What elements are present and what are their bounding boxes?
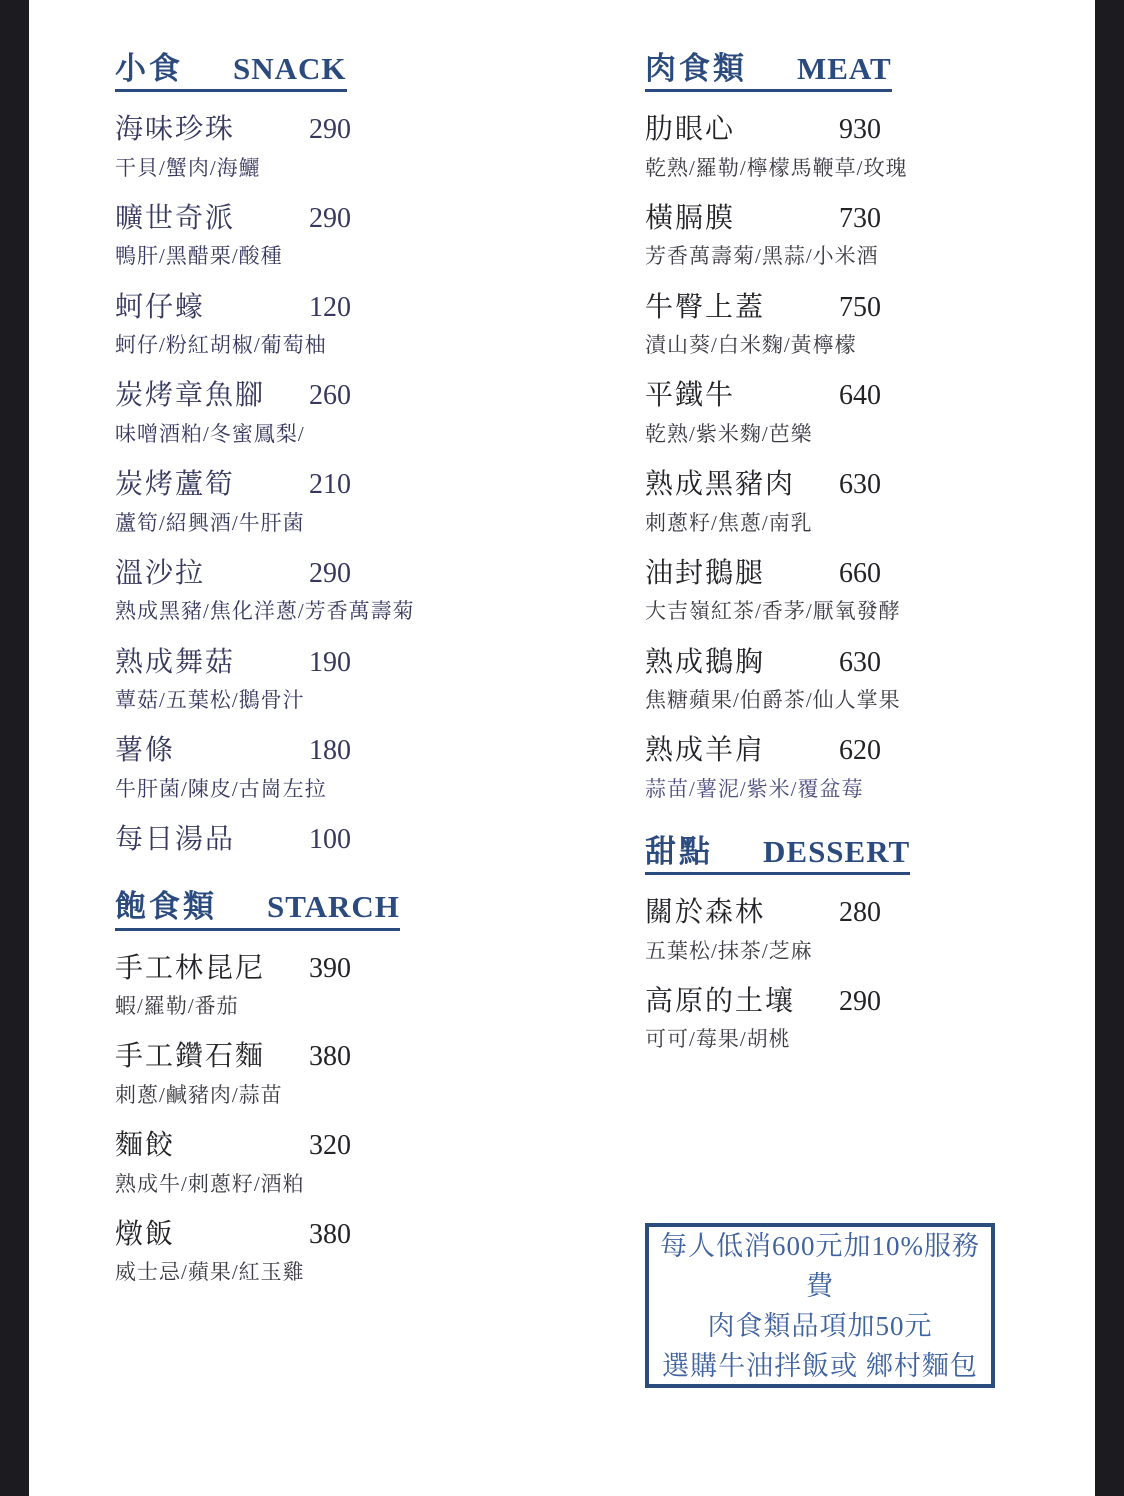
item-row: 熟成羊肩620 bbox=[645, 733, 1065, 769]
item-name: 燉飯 bbox=[115, 1217, 305, 1253]
item-price: 630 bbox=[835, 645, 881, 681]
item-name: 蚵仔蠔 bbox=[115, 290, 305, 326]
section-title-en: MEAT bbox=[797, 50, 892, 87]
menu-item: 平鐵牛640乾熟/紫米麴/芭樂 bbox=[645, 378, 1065, 448]
section-header: 飽食類STARCH bbox=[115, 888, 400, 930]
menu-item: 薯條180牛肝菌/陳皮/古崗左拉 bbox=[115, 733, 535, 803]
item-price: 290 bbox=[305, 112, 351, 148]
item-price: 120 bbox=[305, 290, 351, 326]
menu-item: 麵餃320熟成牛/刺蔥籽/酒粕 bbox=[115, 1128, 535, 1198]
item-row: 曠世奇派290 bbox=[115, 201, 535, 237]
section-title-zh: 肉食類 bbox=[645, 50, 747, 87]
menu-column-left: 小食SNACK海味珍珠290干貝/蟹肉/海鱺曠世奇派290鴨肝/黑醋栗/酸種蚵仔… bbox=[115, 50, 535, 1306]
item-row: 熟成鵝胸630 bbox=[645, 645, 1065, 681]
item-price: 660 bbox=[835, 556, 881, 592]
item-row: 海味珍珠290 bbox=[115, 112, 535, 148]
item-price: 390 bbox=[305, 951, 351, 987]
item-row: 關於森林280 bbox=[645, 895, 1065, 931]
item-name: 炭烤章魚腳 bbox=[115, 378, 305, 414]
item-description: 漬山葵/白米麴/黃檸檬 bbox=[645, 331, 1065, 359]
menu-item: 高原的土壤290可可/莓果/胡桃 bbox=[645, 984, 1065, 1054]
item-description: 乾熟/紫米麴/芭樂 bbox=[645, 420, 1065, 448]
item-row: 炭烤章魚腳260 bbox=[115, 378, 535, 414]
item-price: 320 bbox=[305, 1128, 351, 1164]
item-description: 干貝/蟹肉/海鱺 bbox=[115, 154, 535, 182]
item-row: 平鐵牛640 bbox=[645, 378, 1065, 414]
left-border-bar bbox=[0, 0, 29, 1496]
item-row: 手工鑽石麵380 bbox=[115, 1039, 535, 1075]
item-row: 熟成舞菇190 bbox=[115, 645, 535, 681]
menu-item: 牛臀上蓋750漬山葵/白米麴/黃檸檬 bbox=[645, 290, 1065, 360]
item-row: 燉飯380 bbox=[115, 1217, 535, 1253]
section-title-en: DESSERT bbox=[763, 833, 910, 870]
item-row: 高原的土壤290 bbox=[645, 984, 1065, 1020]
note-line-meat-surcharge: 肉食類品項加50元 bbox=[649, 1306, 991, 1346]
item-name: 肋眼心 bbox=[645, 112, 835, 148]
item-row: 薯條180 bbox=[115, 733, 535, 769]
item-description: 芳香萬壽菊/黑蒜/小米酒 bbox=[645, 242, 1065, 270]
menu-item: 蚵仔蠔120蚵仔/粉紅胡椒/葡萄柚 bbox=[115, 290, 535, 360]
item-price: 640 bbox=[835, 378, 881, 414]
menu-item: 燉飯380威士忌/蘋果/紅玉雞 bbox=[115, 1217, 535, 1287]
item-name: 油封鵝腿 bbox=[645, 556, 835, 592]
item-description: 蕈菇/五葉松/鵝骨汁 bbox=[115, 686, 535, 714]
menu-item: 曠世奇派290鴨肝/黑醋栗/酸種 bbox=[115, 201, 535, 271]
menu-item: 油封鵝腿660大吉嶺紅茶/香茅/厭氧發酵 bbox=[645, 556, 1065, 626]
section-title-zh: 甜點 bbox=[645, 833, 713, 870]
menu-item: 熟成羊肩620蒜苗/薯泥/紫米/覆盆莓 bbox=[645, 733, 1065, 803]
item-price: 380 bbox=[305, 1217, 351, 1253]
menu-item: 炭烤章魚腳260味噌酒粕/冬蜜鳳梨/ bbox=[115, 378, 535, 448]
item-description: 蚵仔/粉紅胡椒/葡萄柚 bbox=[115, 331, 535, 359]
item-row: 蚵仔蠔120 bbox=[115, 290, 535, 326]
item-name: 海味珍珠 bbox=[115, 112, 305, 148]
item-description: 熟成黑豬/焦化洋蔥/芳香萬壽菊 bbox=[115, 597, 535, 625]
item-price: 630 bbox=[835, 467, 881, 503]
item-price: 930 bbox=[835, 112, 881, 148]
item-price: 180 bbox=[305, 733, 351, 769]
item-name: 平鐵牛 bbox=[645, 378, 835, 414]
item-description: 蒜苗/薯泥/紫米/覆盆莓 bbox=[645, 775, 1065, 803]
item-description: 焦糖蘋果/伯爵茶/仙人掌果 bbox=[645, 686, 1065, 714]
item-name: 熟成鵝胸 bbox=[645, 645, 835, 681]
menu-item: 每日湯品100 bbox=[115, 822, 535, 858]
item-name: 橫膈膜 bbox=[645, 201, 835, 237]
item-description: 蘆筍/紹興酒/牛肝菌 bbox=[115, 509, 535, 537]
item-description: 可可/莓果/胡桃 bbox=[645, 1025, 1065, 1053]
item-price: 380 bbox=[305, 1039, 351, 1075]
item-name: 關於森林 bbox=[645, 895, 835, 931]
section-title-en: STARCH bbox=[267, 888, 400, 925]
item-row: 肋眼心930 bbox=[645, 112, 1065, 148]
item-name: 每日湯品 bbox=[115, 822, 305, 858]
item-name: 高原的土壤 bbox=[645, 984, 835, 1020]
menu-item: 熟成舞菇190蕈菇/五葉松/鵝骨汁 bbox=[115, 645, 535, 715]
item-row: 熟成黑豬肉630 bbox=[645, 467, 1065, 503]
menu-item: 熟成鵝胸630焦糖蘋果/伯爵茶/仙人掌果 bbox=[645, 645, 1065, 715]
menu-item: 溫沙拉290熟成黑豬/焦化洋蔥/芳香萬壽菊 bbox=[115, 556, 535, 626]
section-header: 甜點DESSERT bbox=[645, 833, 910, 875]
item-price: 280 bbox=[835, 895, 881, 931]
item-name: 熟成羊肩 bbox=[645, 733, 835, 769]
item-row: 每日湯品100 bbox=[115, 822, 535, 858]
menu-item: 炭烤蘆筍210蘆筍/紹興酒/牛肝菌 bbox=[115, 467, 535, 537]
item-name: 熟成舞菇 bbox=[115, 645, 305, 681]
menu-section: 肉食類MEAT肋眼心930乾熟/羅勒/檸檬馬鞭草/玫瑰橫膈膜730芳香萬壽菊/黑… bbox=[645, 50, 1065, 803]
menu-section: 小食SNACK海味珍珠290干貝/蟹肉/海鱺曠世奇派290鴨肝/黑醋栗/酸種蚵仔… bbox=[115, 50, 535, 858]
item-price: 260 bbox=[305, 378, 351, 414]
section-title-en: SNACK bbox=[233, 50, 347, 87]
item-price: 290 bbox=[835, 984, 881, 1020]
section-header: 肉食類MEAT bbox=[645, 50, 892, 92]
menu-item: 熟成黑豬肉630刺蔥籽/焦蔥/南乳 bbox=[645, 467, 1065, 537]
item-description: 刺蔥/鹹豬肉/蒜苗 bbox=[115, 1081, 535, 1109]
item-description: 味噌酒粕/冬蜜鳳梨/ bbox=[115, 420, 535, 448]
item-price: 750 bbox=[835, 290, 881, 326]
item-name: 薯條 bbox=[115, 733, 305, 769]
item-description: 乾熟/羅勒/檸檬馬鞭草/玫瑰 bbox=[645, 154, 1065, 182]
service-note-box: 每人低消600元加10%服務費 肉食類品項加50元 選購牛油拌飯或 鄉村麵包 bbox=[645, 1223, 995, 1388]
item-description: 蝦/羅勒/番茄 bbox=[115, 992, 535, 1020]
menu-item: 手工林昆尼390蝦/羅勒/番茄 bbox=[115, 951, 535, 1021]
note-line-minimum-charge: 每人低消600元加10%服務費 bbox=[649, 1226, 991, 1306]
section-title-zh: 飽食類 bbox=[115, 888, 217, 925]
note-line-side-option: 選購牛油拌飯或 鄉村麵包 bbox=[649, 1346, 991, 1386]
item-price: 100 bbox=[305, 822, 351, 858]
item-row: 油封鵝腿660 bbox=[645, 556, 1065, 592]
item-description: 大吉嶺紅茶/香茅/厭氧發酵 bbox=[645, 597, 1065, 625]
item-row: 手工林昆尼390 bbox=[115, 951, 535, 987]
menu-item: 肋眼心930乾熟/羅勒/檸檬馬鞭草/玫瑰 bbox=[645, 112, 1065, 182]
item-price: 290 bbox=[305, 556, 351, 592]
item-name: 牛臀上蓋 bbox=[645, 290, 835, 326]
item-description: 威士忌/蘋果/紅玉雞 bbox=[115, 1258, 535, 1286]
item-row: 炭烤蘆筍210 bbox=[115, 467, 535, 503]
item-name: 麵餃 bbox=[115, 1128, 305, 1164]
item-name: 炭烤蘆筍 bbox=[115, 467, 305, 503]
menu-item: 橫膈膜730芳香萬壽菊/黑蒜/小米酒 bbox=[645, 201, 1065, 271]
item-description: 牛肝菌/陳皮/古崗左拉 bbox=[115, 775, 535, 803]
item-row: 橫膈膜730 bbox=[645, 201, 1065, 237]
menu-section: 飽食類STARCH手工林昆尼390蝦/羅勒/番茄手工鑽石麵380刺蔥/鹹豬肉/蒜… bbox=[115, 888, 535, 1286]
item-price: 210 bbox=[305, 467, 351, 503]
item-name: 手工林昆尼 bbox=[115, 951, 305, 987]
item-name: 溫沙拉 bbox=[115, 556, 305, 592]
item-name: 手工鑽石麵 bbox=[115, 1039, 305, 1075]
item-price: 730 bbox=[835, 201, 881, 237]
item-price: 190 bbox=[305, 645, 351, 681]
menu-item: 海味珍珠290干貝/蟹肉/海鱺 bbox=[115, 112, 535, 182]
menu-column-right: 肉食類MEAT肋眼心930乾熟/羅勒/檸檬馬鞭草/玫瑰橫膈膜730芳香萬壽菊/黑… bbox=[645, 50, 1065, 1073]
item-row: 麵餃320 bbox=[115, 1128, 535, 1164]
item-name: 熟成黑豬肉 bbox=[645, 467, 835, 503]
item-description: 刺蔥籽/焦蔥/南乳 bbox=[645, 509, 1065, 537]
item-description: 鴨肝/黑醋栗/酸種 bbox=[115, 242, 535, 270]
menu-item: 手工鑽石麵380刺蔥/鹹豬肉/蒜苗 bbox=[115, 1039, 535, 1109]
section-title-zh: 小食 bbox=[115, 50, 183, 87]
item-row: 牛臀上蓋750 bbox=[645, 290, 1065, 326]
item-row: 溫沙拉290 bbox=[115, 556, 535, 592]
item-price: 290 bbox=[305, 201, 351, 237]
section-header: 小食SNACK bbox=[115, 50, 347, 92]
menu-item: 關於森林280五葉松/抹茶/芝麻 bbox=[645, 895, 1065, 965]
item-name: 曠世奇派 bbox=[115, 201, 305, 237]
item-price: 620 bbox=[835, 733, 881, 769]
menu-section: 甜點DESSERT關於森林280五葉松/抹茶/芝麻高原的土壤290可可/莓果/胡… bbox=[645, 833, 1065, 1054]
item-description: 五葉松/抹茶/芝麻 bbox=[645, 937, 1065, 965]
item-description: 熟成牛/刺蔥籽/酒粕 bbox=[115, 1170, 535, 1198]
right-border-bar bbox=[1095, 0, 1124, 1496]
